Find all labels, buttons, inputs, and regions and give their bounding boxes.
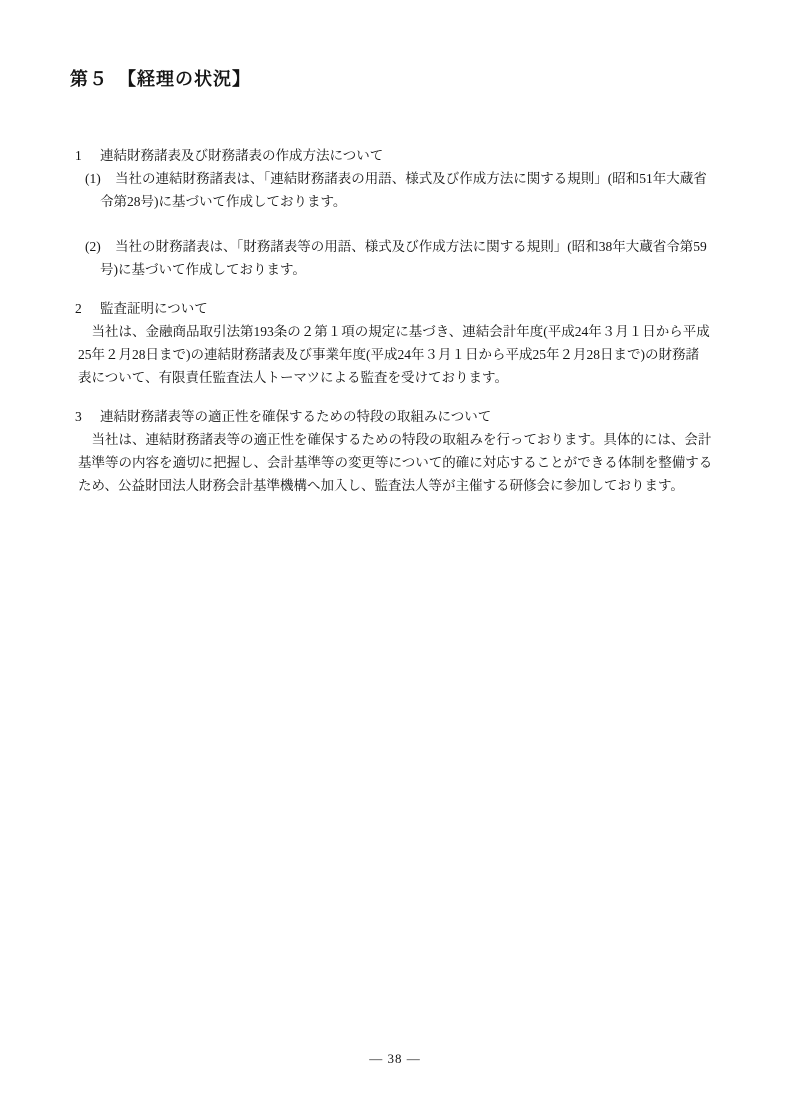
section-3-heading-text: 連結財務諸表等の適正性を確保するための特段の取組みについて [100, 409, 491, 424]
section-2-number: 2 [75, 297, 100, 320]
section-3-paragraph: 当社は、連結財務諸表等の適正性を確保するための特段の取組みを行っております。具体… [78, 428, 738, 497]
item-2-line-2: 号)に基づいて作成しております。 [100, 258, 738, 281]
section-2-heading-text: 監査証明について [100, 301, 208, 316]
item-1-text: 当社の連結財務諸表は、「連結財務諸表の用語、様式及び作成方法に関する規則」(昭和… [115, 171, 707, 186]
section-1-heading: 1連結財務諸表及び財務諸表の作成方法について [75, 144, 738, 167]
section-2: 2監査証明について 当社は、金融商品取引法第193条の２第１項の規定に基づき、連… [70, 297, 738, 389]
item-1-line-2: 令第28号)に基づいて作成しております。 [100, 190, 738, 213]
item-2-line-1: (2)当社の財務諸表は、「財務諸表等の用語、様式及び作成方法に関する規則」(昭和… [85, 235, 738, 258]
section-2-paragraph-line-3: 表について、有限責任監査法人トーマツによる監査を受けております。 [78, 366, 738, 389]
item-2-text: 当社の財務諸表は、「財務諸表等の用語、様式及び作成方法に関する規則」(昭和38年… [115, 239, 707, 254]
document-content: 1連結財務諸表及び財務諸表の作成方法について (1)当社の連結財務諸表は、「連結… [70, 144, 738, 497]
section-1-number: 1 [75, 144, 100, 167]
item-2-marker: (2) [85, 235, 115, 258]
section-3-paragraph-line-1: 当社は、連結財務諸表等の適正性を確保するための特段の取組みを行っております。具体… [78, 428, 738, 451]
page-number: ― 38 ― [0, 1049, 790, 1069]
document-page: 第５ 【経理の状況】 1連結財務諸表及び財務諸表の作成方法について (1)当社の… [0, 0, 790, 1118]
section-3-paragraph-line-3: ため、公益財団法人財務会計基準機構へ加入し、監査法人等が主催する研修会に参加して… [78, 474, 738, 497]
section-1-item-2: (2)当社の財務諸表は、「財務諸表等の用語、様式及び作成方法に関する規則」(昭和… [85, 235, 738, 281]
page-title: 第５ 【経理の状況】 [70, 66, 251, 92]
item-1-line-1: (1)当社の連結財務諸表は、「連結財務諸表の用語、様式及び作成方法に関する規則」… [85, 167, 738, 190]
section-2-paragraph-line-1: 当社は、金融商品取引法第193条の２第１項の規定に基づき、連結会計年度(平成24… [78, 320, 738, 343]
section-2-heading: 2監査証明について [75, 297, 738, 320]
item-1-marker: (1) [85, 167, 115, 190]
section-3: 3連結財務諸表等の適正性を確保するための特段の取組みについて 当社は、連結財務諸… [70, 405, 738, 497]
section-1: 1連結財務諸表及び財務諸表の作成方法について (1)当社の連結財務諸表は、「連結… [70, 144, 738, 281]
section-3-paragraph-line-2: 基準等の内容を適切に把握し、会計基準等の変更等について的確に対応することができる… [78, 451, 738, 474]
section-3-number: 3 [75, 405, 100, 428]
section-2-paragraph-line-2: 25年２月28日まで)の連結財務諸表及び事業年度(平成24年３月１日から平成25… [78, 343, 738, 366]
section-2-paragraph: 当社は、金融商品取引法第193条の２第１項の規定に基づき、連結会計年度(平成24… [78, 320, 738, 389]
section-1-heading-text: 連結財務諸表及び財務諸表の作成方法について [100, 148, 383, 163]
section-1-item-1: (1)当社の連結財務諸表は、「連結財務諸表の用語、様式及び作成方法に関する規則」… [85, 167, 738, 213]
section-3-heading: 3連結財務諸表等の適正性を確保するための特段の取組みについて [75, 405, 738, 428]
